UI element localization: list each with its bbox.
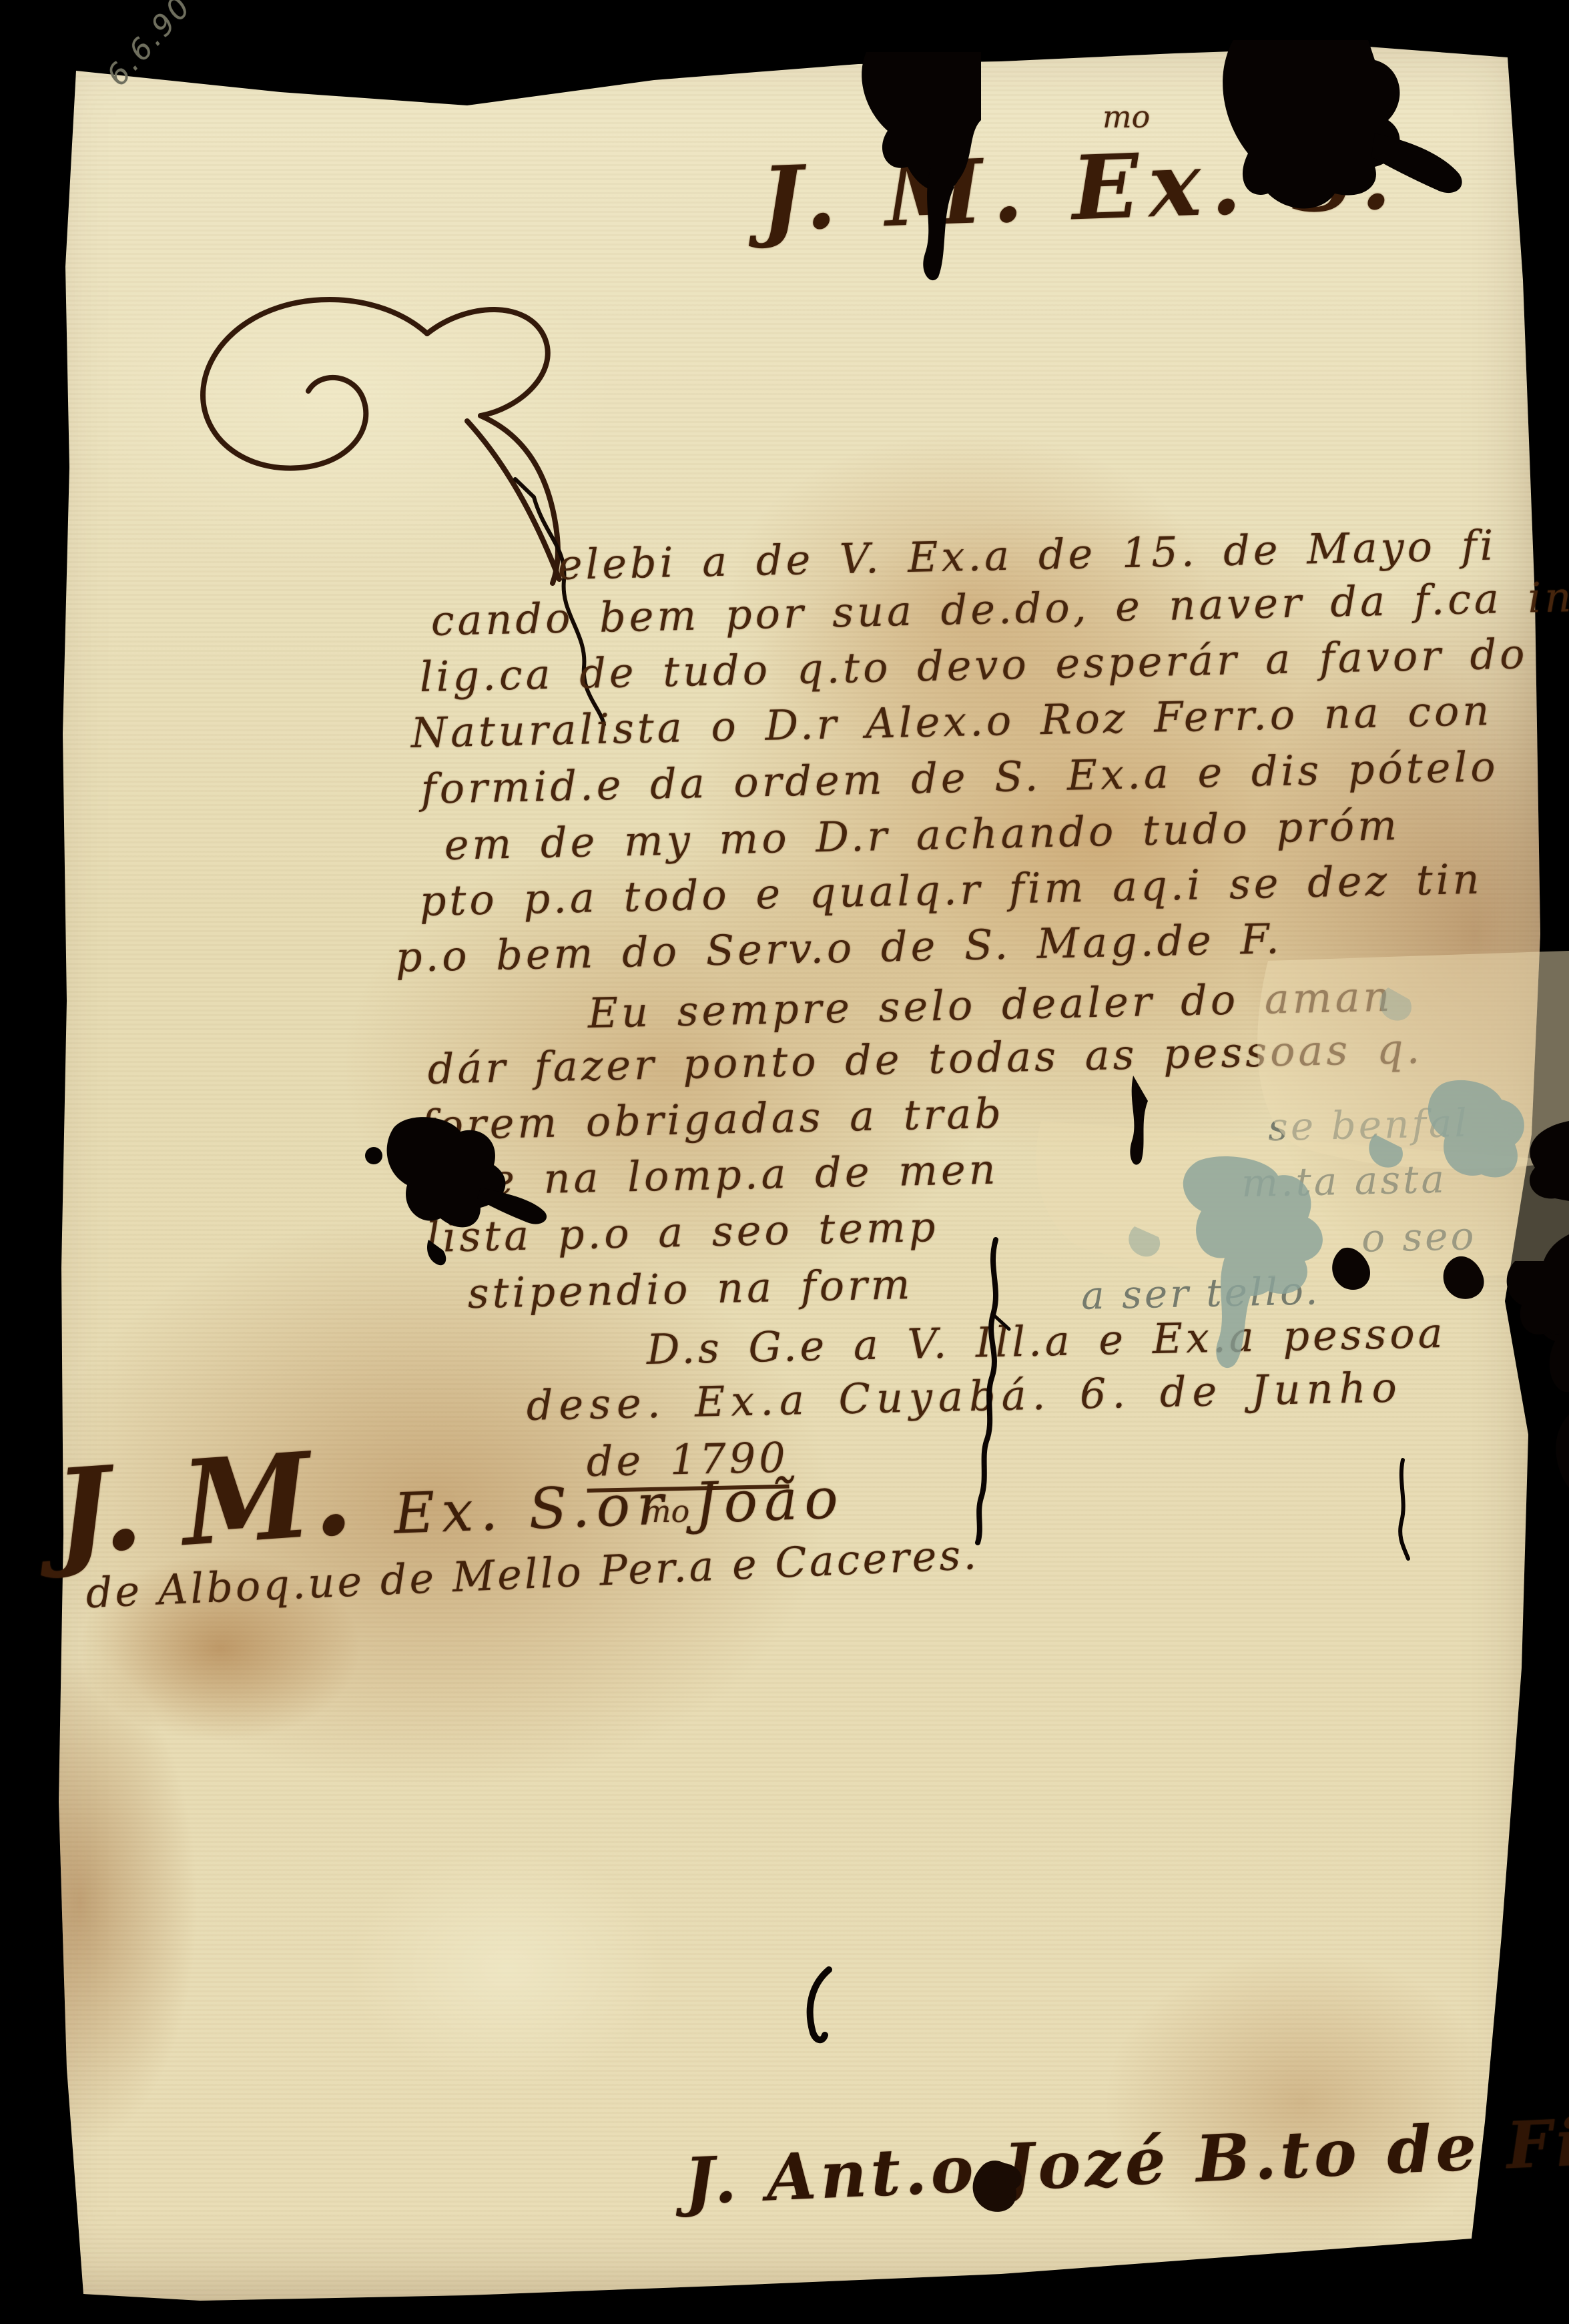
body-line: m.te na lomp.a de men — [410, 1145, 999, 1206]
faded-text-fragment: m.ta asta — [1241, 1156, 1447, 1206]
body-line: forem obrigadas a trab — [419, 1089, 1005, 1150]
faded-text-fragment: se benfal — [1267, 1100, 1470, 1150]
body-line: stipendio na form — [467, 1260, 914, 1318]
body-line: lista p.o a seo temp — [426, 1202, 939, 1262]
letter-body: elebi a de V. Ex.a de 15. de Mayo fi can… — [0, 0, 1569, 2324]
addressee-monogram: J. M. — [50, 1425, 356, 1582]
body-line: p.o bem do Serv.o de S. Mag.de F. — [395, 914, 1283, 982]
faded-text-fragment: a ser tello. — [1080, 1268, 1321, 1318]
body-line: dár fazer ponto de todas as pessoas q. — [427, 1024, 1424, 1094]
scan-background: 6.6.90 mo m.ts J. M. Ex. S. elebi a de V… — [0, 0, 1569, 2324]
faded-text-fragment: o seo — [1361, 1213, 1477, 1261]
